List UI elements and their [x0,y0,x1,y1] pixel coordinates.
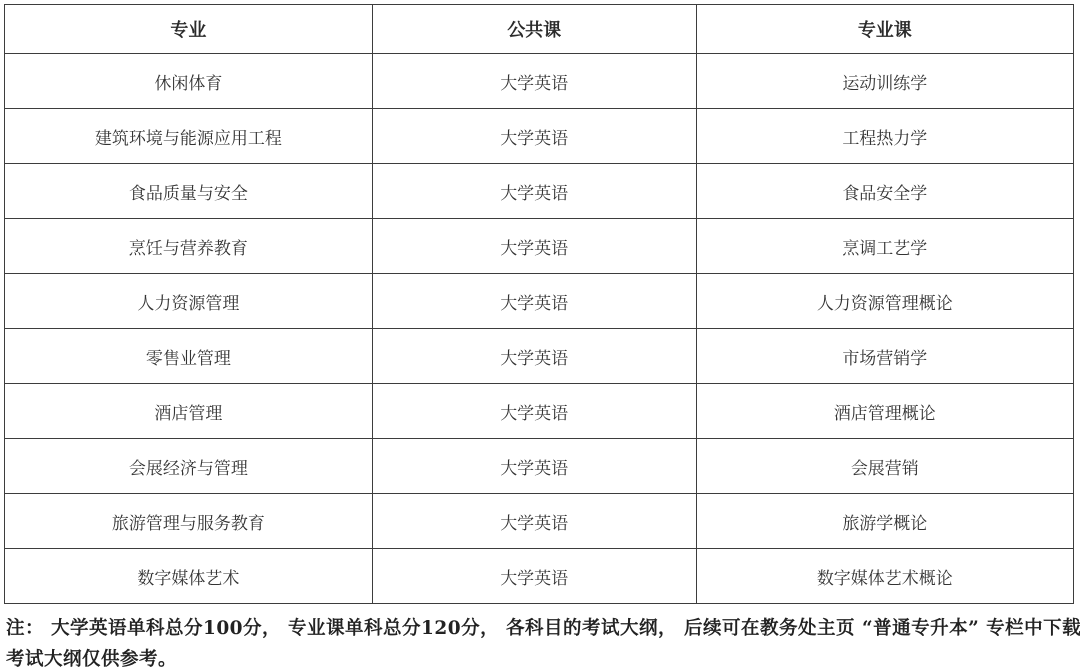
major-cell: 酒店管理 [5,384,373,439]
major-cell: 零售业管理 [5,329,373,384]
page: 专业 公共课 专业课 休闲体育大学英语运动训练学建筑环境与能源应用工程大学英语工… [0,0,1080,670]
exam-subjects-table: 专业 公共课 专业课 休闲体育大学英语运动训练学建筑环境与能源应用工程大学英语工… [4,4,1074,604]
major-cell: 数字媒体艺术 [5,549,373,604]
header-major-course: 专业课 [696,5,1073,54]
public-course-cell: 大学英语 [372,384,696,439]
major-cell: 会展经济与管理 [5,439,373,494]
major-course-cell: 市场营销学 [696,329,1073,384]
major-cell: 休闲体育 [5,54,373,109]
public-course-cell: 大学英语 [372,109,696,164]
table-body: 休闲体育大学英语运动训练学建筑环境与能源应用工程大学英语工程热力学食品质量与安全… [5,54,1074,604]
major-course-cell: 酒店管理概论 [696,384,1073,439]
footnote: 注： 大学英语单科总分100分， 专业课单科总分120分， 各科目的考试大纲， … [6,613,1076,670]
public-course-cell: 大学英语 [372,494,696,549]
public-course-cell: 大学英语 [372,164,696,219]
footnote-line-1: 注： 大学英语单科总分100分， 专业课单科总分120分， 各科目的考试大纲， … [6,613,1076,644]
public-course-cell: 大学英语 [372,274,696,329]
table-row: 酒店管理大学英语酒店管理概论 [5,384,1074,439]
public-course-cell: 大学英语 [372,329,696,384]
table-row: 食品质量与安全大学英语食品安全学 [5,164,1074,219]
public-course-cell: 大学英语 [372,549,696,604]
table-header-row: 专业 公共课 专业课 [5,5,1074,54]
major-cell: 建筑环境与能源应用工程 [5,109,373,164]
table-row: 人力资源管理大学英语人力资源管理概论 [5,274,1074,329]
table-row: 烹饪与营养教育大学英语烹调工艺学 [5,219,1074,274]
major-cell: 食品质量与安全 [5,164,373,219]
major-cell: 人力资源管理 [5,274,373,329]
header-public-course: 公共课 [372,5,696,54]
header-major: 专业 [5,5,373,54]
footnote-line-2: 考试大纲仅供参考。 [6,644,1076,670]
major-cell: 烹饪与营养教育 [5,219,373,274]
table-row: 会展经济与管理大学英语会展营销 [5,439,1074,494]
major-course-cell: 人力资源管理概论 [696,274,1073,329]
public-course-cell: 大学英语 [372,439,696,494]
table-row: 数字媒体艺术大学英语数字媒体艺术概论 [5,549,1074,604]
major-course-cell: 数字媒体艺术概论 [696,549,1073,604]
table-row: 旅游管理与服务教育大学英语旅游学概论 [5,494,1074,549]
major-course-cell: 食品安全学 [696,164,1073,219]
major-course-cell: 会展营销 [696,439,1073,494]
major-course-cell: 烹调工艺学 [696,219,1073,274]
table-row: 零售业管理大学英语市场营销学 [5,329,1074,384]
major-course-cell: 运动训练学 [696,54,1073,109]
major-course-cell: 工程热力学 [696,109,1073,164]
major-course-cell: 旅游学概论 [696,494,1073,549]
major-cell: 旅游管理与服务教育 [5,494,373,549]
public-course-cell: 大学英语 [372,54,696,109]
public-course-cell: 大学英语 [372,219,696,274]
table-row: 建筑环境与能源应用工程大学英语工程热力学 [5,109,1074,164]
table-row: 休闲体育大学英语运动训练学 [5,54,1074,109]
